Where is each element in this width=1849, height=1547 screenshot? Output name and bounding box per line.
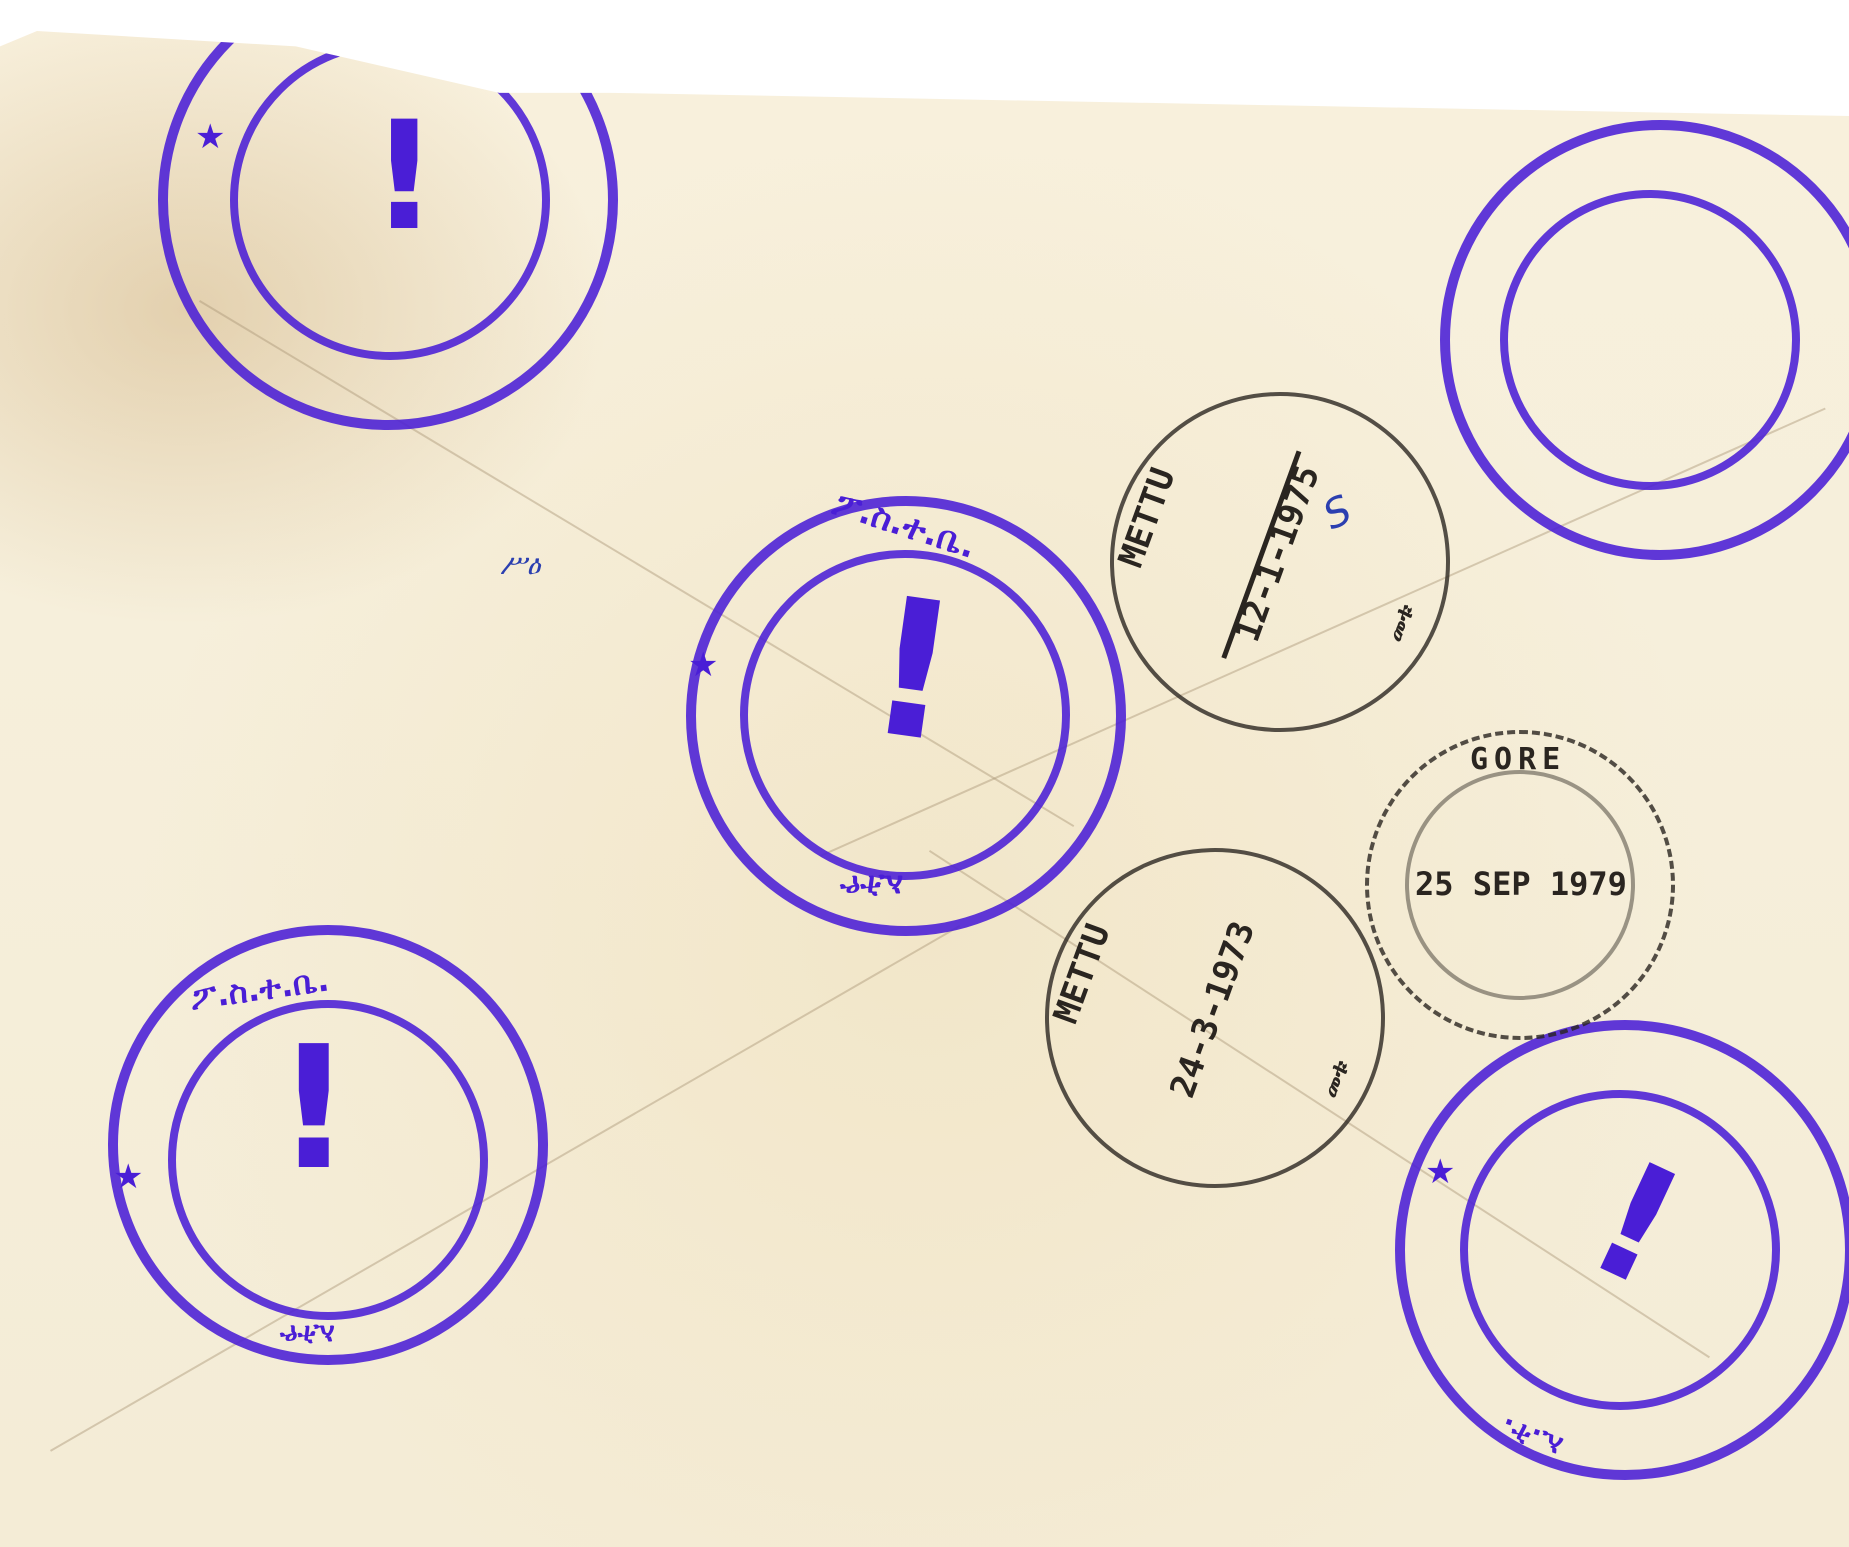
star-icon: ★ — [1425, 1155, 1455, 1189]
handstamp-bottom-text: ኢትዮ — [840, 868, 903, 903]
postmark-mettu-1975: METTU 12-1-1975 መቱ — [1062, 344, 1498, 780]
handstamp-center-mark: ! — [275, 1010, 353, 1208]
envelope-back: ★ ! ★ ፖ.ስ.ተ.ቤ. ኢትዮ ! ★ ፖ.ስ.ተ.ቤ. ኢትዮ ! ★ … — [0, 0, 1849, 1547]
star-icon: ★ — [195, 120, 225, 154]
postmark-gore-1979: GORE 25 SEP 1979 — [1365, 730, 1675, 1040]
handstamp-center-mark: ! — [370, 90, 438, 264]
postmark-date: 25 SEP 1979 — [1415, 865, 1627, 903]
postmark-town: GORE — [1470, 742, 1566, 777]
handwritten-mark: ሥዕ — [500, 548, 540, 582]
handstamp-bottom-text: ኢትዮ — [280, 1318, 335, 1349]
star-icon: ★ — [688, 648, 718, 682]
star-icon: ★ — [113, 1160, 143, 1194]
